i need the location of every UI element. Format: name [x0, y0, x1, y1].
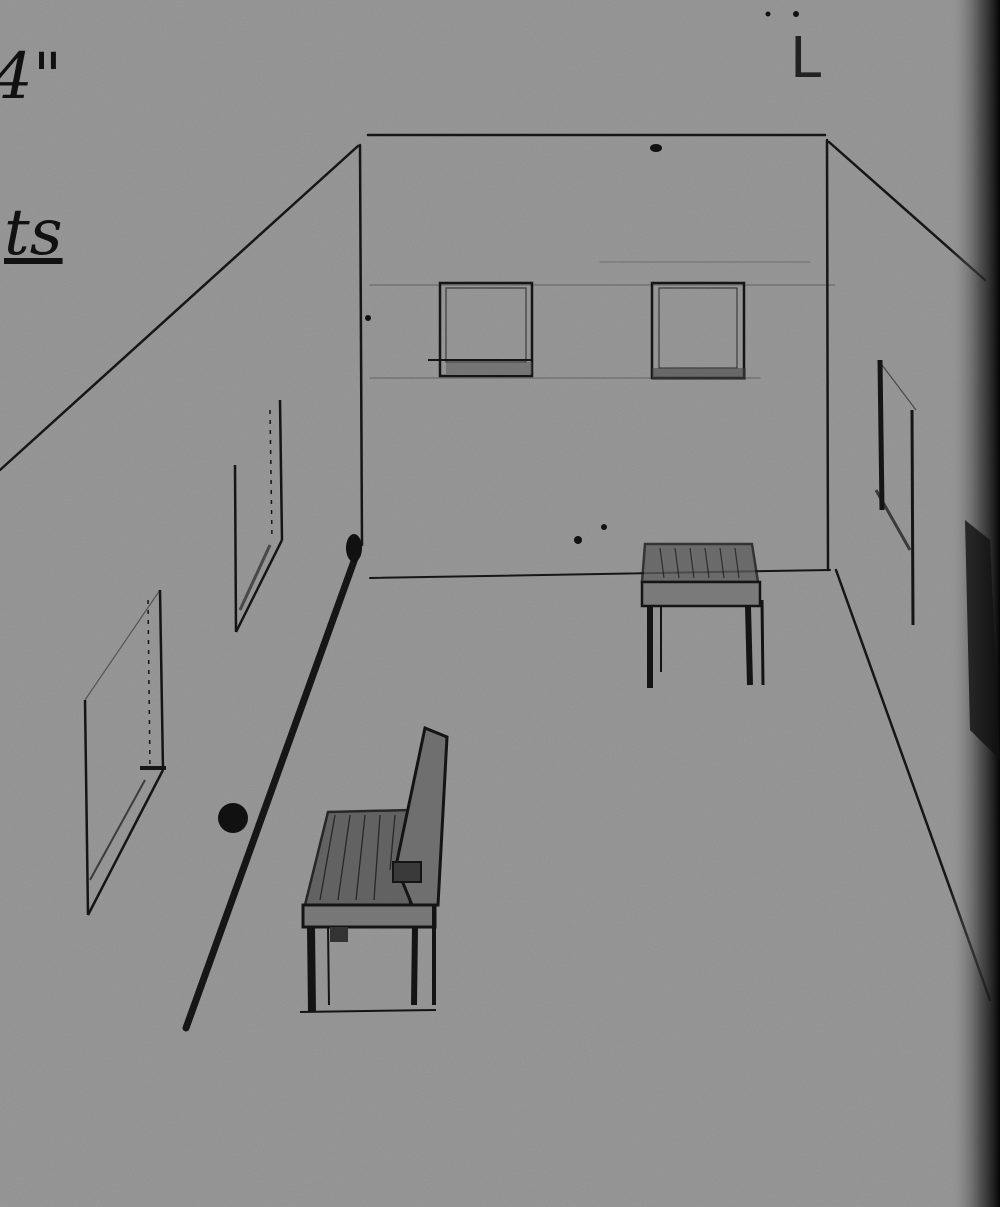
margin-note-top-left: 4": [0, 40, 62, 114]
paper-grain: [0, 0, 1000, 1207]
back-wall-right-edge: [827, 140, 828, 570]
room-sketch: [0, 0, 1000, 1207]
sketch-canvas: 4" ts L: [0, 0, 1000, 1207]
margin-note-mid-left: ts: [4, 196, 63, 270]
margin-note-top-right: L: [790, 26, 821, 91]
